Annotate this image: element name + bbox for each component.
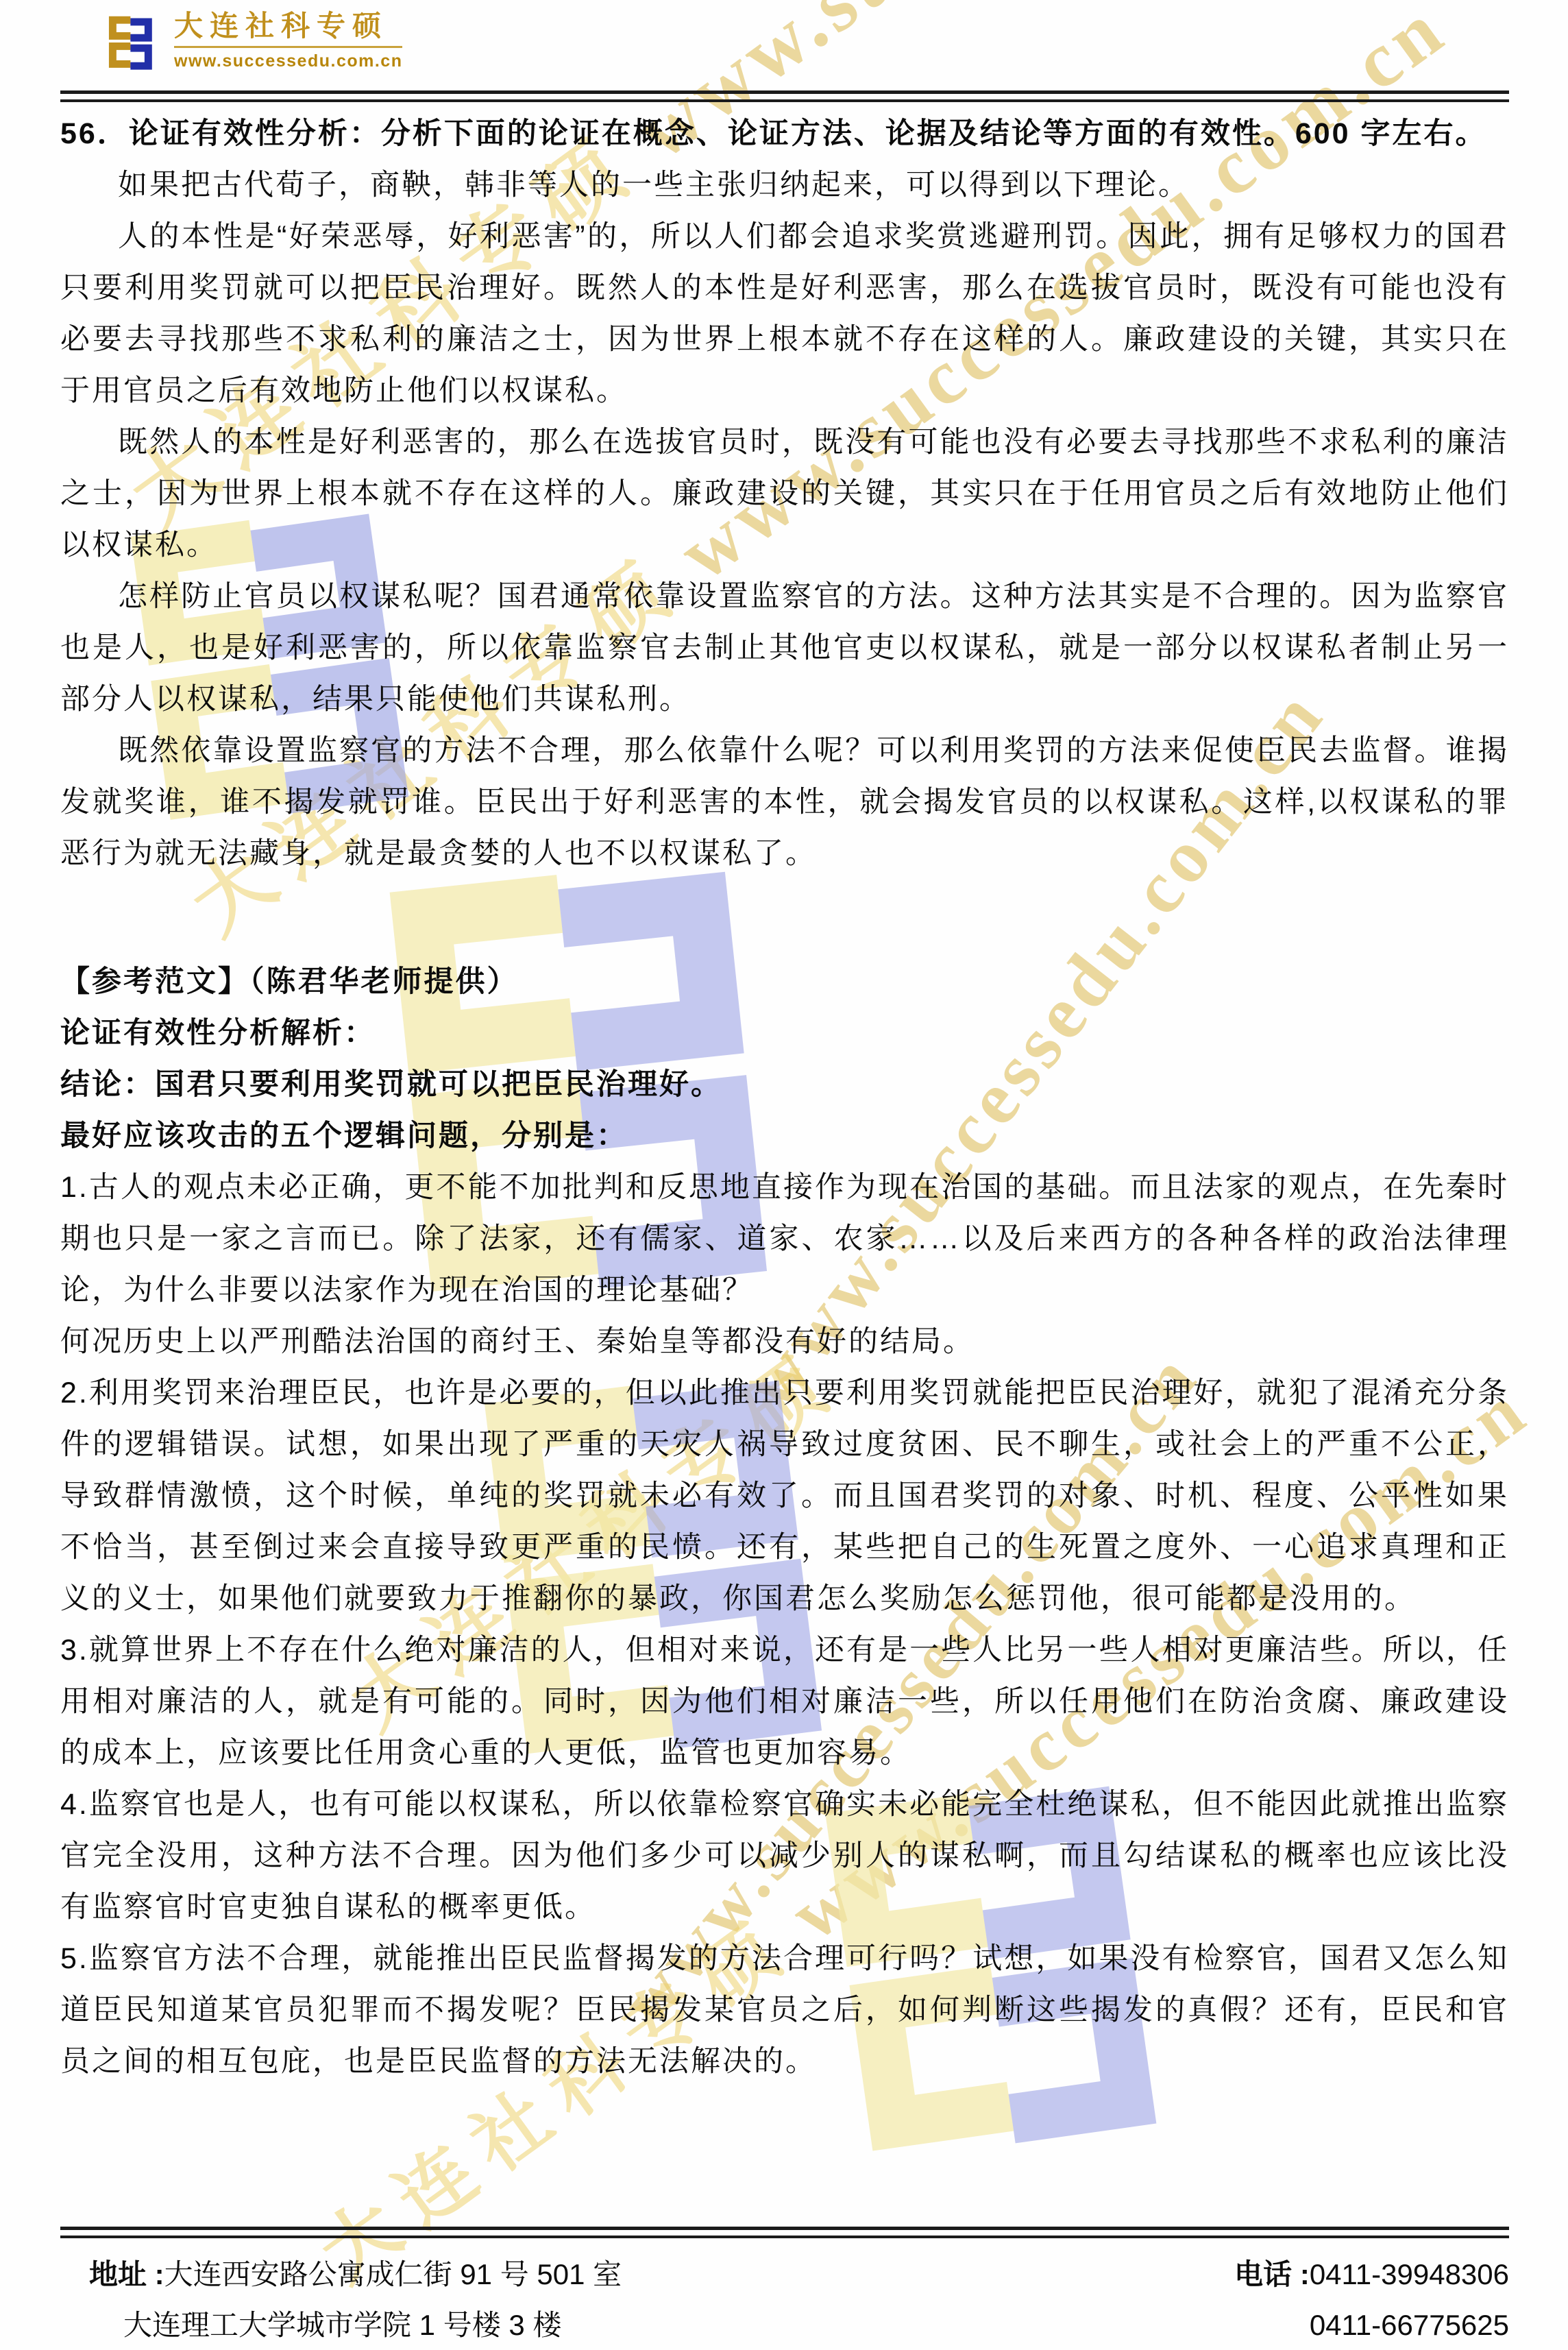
phone-number-2: 0411-66775625: [1234, 2300, 1509, 2350]
brand-underline: [174, 46, 402, 48]
address-line2: 大连理工大学城市学院 1 号楼 3 楼: [89, 2300, 622, 2350]
address-line1: 大连西安路公寓成仁街 91 号 501 室: [164, 2258, 622, 2290]
question-paragraph: 如果把古代荀子，商鞅，韩非等人的一些主张归纳起来，可以得到以下理论。: [60, 160, 1509, 211]
analysis-intro: 最好应该攻击的五个逻辑问题，分别是：: [60, 1111, 1509, 1162]
question-paragraph: 怎样防止官员以权谋私呢？国君通常依靠设置监察官的方法。这种方法其实是不合理的。因…: [60, 571, 1509, 725]
logo-text-block: 大连社科专硕 www.successedu.com.cn: [174, 7, 402, 71]
analysis-subheading: 论证有效性分析解析：: [60, 1008, 1509, 1059]
reference-essay-heading: 【参考范文】（陈君华老师提供）: [60, 956, 1509, 1008]
footer-divider: [60, 2227, 1509, 2238]
analysis-point: 2.利用奖罚来治理臣民，也许是必要的，但以此推出只要利用奖罚就能把臣民治理好，就…: [60, 1368, 1509, 1625]
brand-website: www.successedu.com.cn: [174, 51, 402, 71]
analysis-point: 4.监察官也是人，也有可能以权谋私，所以依靠检察官确实未必能完全杜绝谋私，但不能…: [60, 1779, 1509, 1933]
logo-icon: [101, 7, 158, 78]
analysis-point: 1.古人的观点未必正确，更不能不加批判和反思地直接作为现在治国的基础。而且法家的…: [60, 1162, 1509, 1316]
analysis-point: 5.监察官方法不合理，就能推出臣民监督揭发的方法合理可行吗？试想，如果没有检察官…: [60, 1933, 1509, 2087]
address-label: 地址 :: [89, 2258, 164, 2290]
header-divider: [60, 90, 1509, 102]
phone-number-1: 0411-39948306: [1310, 2258, 1509, 2290]
footer-phones: 电话 :0411-39948306 0411-66775625: [1234, 2249, 1509, 2350]
page-footer: 地址 :大连西安路公寓成仁街 91 号 501 室 大连理工大学城市学院 1 号…: [60, 2227, 1509, 2350]
question-title: 56．论证有效性分析：分析下面的论证在概念、论证方法、论据及结论等方面的有效性。…: [60, 108, 1509, 160]
footer-address: 地址 :大连西安路公寓成仁街 91 号 501 室 大连理工大学城市学院 1 号…: [89, 2249, 622, 2350]
question-paragraph: 人的本性是“好荣恶辱，好利恶害”的，所以人们都会追求奖赏逃避刑罚。因此，拥有足够…: [60, 211, 1509, 417]
question-paragraph: 既然人的本性是好利恶害的，那么在选拔官员时，既没有可能也没有必要去寻找那些不求私…: [60, 417, 1509, 571]
document-body: 56．论证有效性分析：分析下面的论证在概念、论证方法、论据及结论等方面的有效性。…: [60, 108, 1509, 2087]
phone-label: 电话 :: [1234, 2258, 1310, 2290]
analysis-conclusion: 结论：国君只要利用奖罚就可以把臣民治理好。: [60, 1059, 1509, 1111]
analysis-point: 3.就算世界上不存在什么绝对廉洁的人，但相对来说，还有是一些人比另一些人相对更廉…: [60, 1625, 1509, 1779]
brand-title: 大连社科专硕: [174, 10, 402, 43]
analysis-point: 何况历史上以严刑酷法治国的商纣王、秦始皇等都没有好的结局。: [60, 1316, 1509, 1368]
question-paragraph: 既然依靠设置监察官的方法不合理，那么依靠什么呢？可以利用奖罚的方法来促使臣民去监…: [60, 725, 1509, 880]
brand-header: 大连社科专硕 www.successedu.com.cn: [101, 7, 402, 78]
